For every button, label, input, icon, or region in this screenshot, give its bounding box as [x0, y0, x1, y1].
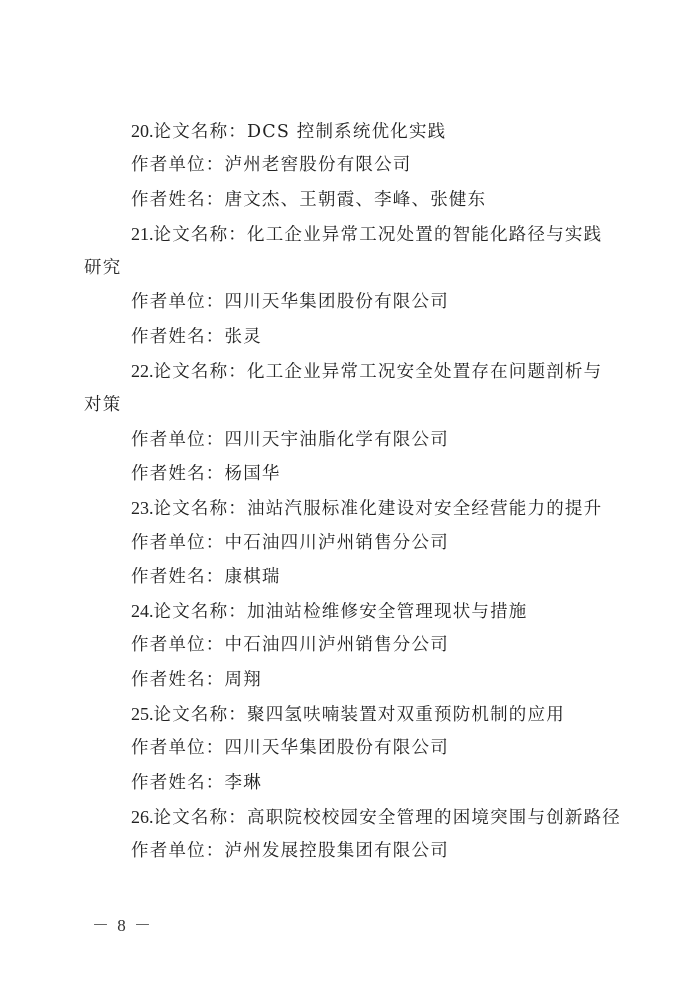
- title-label: 论文名称：: [154, 808, 248, 828]
- author-unit-line: 作者单位：中石油四川泸州销售分公司: [84, 628, 618, 662]
- author-names: 周翔: [225, 670, 262, 690]
- page-number: － 8 －: [92, 911, 153, 936]
- author-names-line: 作者姓名：周翔: [84, 663, 618, 697]
- author-names: 唐文杰、王朝霞、李峰、张健东: [225, 190, 487, 210]
- entry-number: 20.: [131, 121, 154, 141]
- unit-label: 作者单位：: [131, 841, 225, 861]
- author-names: 杨国华: [225, 464, 281, 484]
- paper-title: 高职院校校园安全管理的困境突围与创新路径: [247, 808, 621, 828]
- paper-entry-23: 23.论文名称：油站汽服标准化建设对安全经营能力的提升 作者单位：中石油四川泸州…: [84, 491, 618, 594]
- author-names-line: 作者姓名：康棋瑞: [84, 560, 618, 594]
- paper-title: DCS 控制系统优化实践: [247, 122, 446, 142]
- title-label: 论文名称：: [154, 362, 248, 382]
- unit-label: 作者单位：: [131, 635, 225, 655]
- unit-label: 作者单位：: [131, 292, 225, 312]
- author-unit-line: 作者单位：泸州老窖股份有限公司: [84, 148, 618, 182]
- title-label: 论文名称：: [154, 602, 248, 622]
- paper-title-line: 23.论文名称：油站汽服标准化建设对安全经营能力的提升: [84, 491, 618, 525]
- author-names-line: 作者姓名：张灵: [84, 320, 618, 354]
- title-label: 论文名称：: [154, 225, 248, 245]
- entry-number: 26.: [131, 807, 154, 827]
- unit-label: 作者单位：: [131, 430, 225, 450]
- paper-title: 化工企业异常工况处置的智能化路径与实践: [247, 225, 602, 245]
- paper-title: 化工企业异常工况安全处置存在问题剖析与: [247, 362, 602, 382]
- author-label: 作者姓名：: [131, 190, 225, 210]
- entry-number: 23.: [131, 498, 154, 518]
- paper-entry-20: 20.论文名称：DCS 控制系统优化实践 作者单位：泸州老窖股份有限公司 作者姓…: [84, 114, 618, 217]
- author-unit: 泸州发展控股集团有限公司: [225, 841, 449, 861]
- entry-number: 22.: [131, 361, 154, 381]
- paper-title: 聚四氢呋喃装置对双重预防机制的应用: [247, 705, 565, 725]
- title-label: 论文名称：: [154, 705, 248, 725]
- author-names-line: 作者姓名：唐文杰、王朝霞、李峰、张健东: [84, 183, 618, 217]
- author-label: 作者姓名：: [131, 567, 225, 587]
- title-label: 论文名称：: [154, 122, 248, 142]
- paper-entry-26: 26.论文名称：高职院校校园安全管理的困境突围与创新路径 作者单位：泸州发展控股…: [84, 800, 618, 869]
- paper-entry-21: 21.论文名称：化工企业异常工况处置的智能化路径与实践 研究 作者单位：四川天华…: [84, 217, 618, 354]
- author-label: 作者姓名：: [131, 670, 225, 690]
- author-label: 作者姓名：: [131, 773, 225, 793]
- author-unit: 四川天宇油脂化学有限公司: [225, 430, 449, 450]
- entry-number: 25.: [131, 704, 154, 724]
- paper-entry-24: 24.论文名称：加油站检维修安全管理现状与措施 作者单位：中石油四川泸州销售分公…: [84, 594, 618, 697]
- author-unit-line: 作者单位：四川天华集团股份有限公司: [84, 285, 618, 319]
- author-unit: 四川天华集团股份有限公司: [225, 738, 449, 758]
- paper-entry-22: 22.论文名称：化工企业异常工况安全处置存在问题剖析与 对策 作者单位：四川天宇…: [84, 354, 618, 491]
- paper-title-continuation: 对策: [84, 388, 618, 422]
- author-label: 作者姓名：: [131, 464, 225, 484]
- paper-title-line: 26.论文名称：高职院校校园安全管理的困境突围与创新路径: [84, 800, 618, 834]
- author-names: 张灵: [225, 327, 262, 347]
- entry-number: 21.: [131, 224, 154, 244]
- title-label: 论文名称：: [154, 499, 248, 519]
- paper-title: 加油站检维修安全管理现状与措施: [247, 602, 528, 622]
- author-unit-line: 作者单位：中石油四川泸州销售分公司: [84, 526, 618, 560]
- entry-number: 24.: [131, 601, 154, 621]
- paper-title-line: 24.论文名称：加油站检维修安全管理现状与措施: [84, 594, 618, 628]
- author-label: 作者姓名：: [131, 327, 225, 347]
- author-names-line: 作者姓名：李琳: [84, 766, 618, 800]
- author-unit: 中石油四川泸州销售分公司: [225, 533, 449, 553]
- author-unit: 泸州老窖股份有限公司: [225, 155, 412, 175]
- author-unit-line: 作者单位：泸州发展控股集团有限公司: [84, 834, 618, 868]
- paper-title-continuation: 研究: [84, 251, 618, 285]
- paper-title-line: 20.论文名称：DCS 控制系统优化实践: [84, 114, 618, 148]
- paper-title-line: 22.论文名称：化工企业异常工况安全处置存在问题剖析与: [84, 354, 618, 388]
- paper-title-line: 21.论文名称：化工企业异常工况处置的智能化路径与实践: [84, 217, 618, 251]
- paper-title: 油站汽服标准化建设对安全经营能力的提升: [247, 499, 602, 519]
- paper-entry-25: 25.论文名称：聚四氢呋喃装置对双重预防机制的应用 作者单位：四川天华集团股份有…: [84, 697, 618, 800]
- author-names: 康棋瑞: [225, 567, 281, 587]
- document-page: 20.论文名称：DCS 控制系统优化实践 作者单位：泸州老窖股份有限公司 作者姓…: [0, 0, 700, 989]
- author-unit-line: 作者单位：四川天华集团股份有限公司: [84, 731, 618, 765]
- unit-label: 作者单位：: [131, 738, 225, 758]
- paper-list: 20.论文名称：DCS 控制系统优化实践 作者单位：泸州老窖股份有限公司 作者姓…: [84, 114, 618, 869]
- author-names-line: 作者姓名：杨国华: [84, 457, 618, 491]
- author-unit-line: 作者单位：四川天宇油脂化学有限公司: [84, 423, 618, 457]
- unit-label: 作者单位：: [131, 155, 225, 175]
- author-names: 李琳: [225, 773, 262, 793]
- author-unit: 四川天华集团股份有限公司: [225, 292, 449, 312]
- unit-label: 作者单位：: [131, 533, 225, 553]
- author-unit: 中石油四川泸州销售分公司: [225, 635, 449, 655]
- paper-title-line: 25.论文名称：聚四氢呋喃装置对双重预防机制的应用: [84, 697, 618, 731]
